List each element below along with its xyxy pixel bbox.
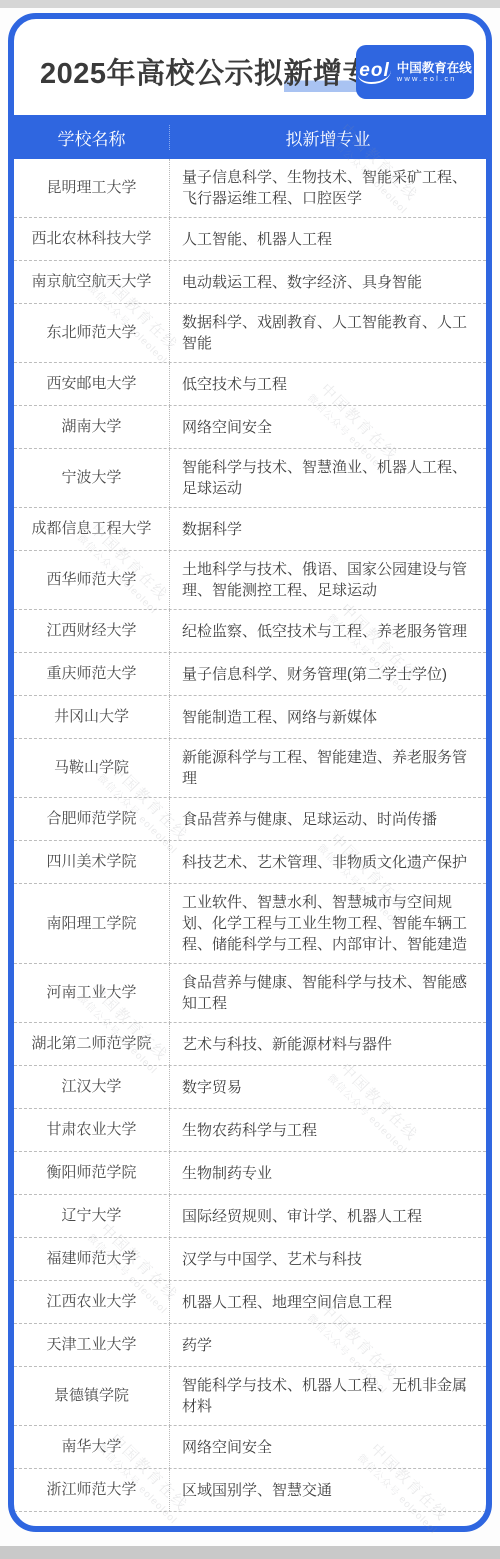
majors-text: 电动载运工程、数字经济、具身智能 <box>170 261 486 303</box>
table-row: 江西财经大学 纪检监察、低空技术与工程、养老服务管理 <box>14 610 486 653</box>
majors-text: 土地科学与技术、俄语、国家公园建设与管理、智能测控工程、足球运动 <box>170 551 486 609</box>
majors-text: 智能科学与技术、机器人工程、无机非金属材料 <box>170 1367 486 1425</box>
majors-table: 学校名称 拟新增专业 昆明理工大学 量子信息科学、生物技术、智能采矿工程、飞行器… <box>14 115 486 1512</box>
school-name: 南京航空航天大学 <box>14 261 170 303</box>
school-name: 辽宁大学 <box>14 1195 170 1237</box>
brand-logo-text: 中国教育在线 www.eol.cn <box>397 61 472 84</box>
majors-text: 纪检监察、低空技术与工程、养老服务管理 <box>170 610 486 652</box>
majors-text: 量子信息科学、财务管理(第二学士学位) <box>170 653 486 695</box>
school-name: 南华大学 <box>14 1426 170 1468</box>
majors-text: 生物制药专业 <box>170 1152 486 1194</box>
infographic-page: { "header": { "title_plain": "2025年高校公示拟… <box>0 0 500 1559</box>
school-name: 西华师范大学 <box>14 551 170 609</box>
table-row: 福建师范大学 汉学与中国学、艺术与科技 <box>14 1238 486 1281</box>
table-row: 西安邮电大学 低空技术与工程 <box>14 363 486 406</box>
school-name: 东北师范大学 <box>14 304 170 362</box>
table-row: 浙江师范大学 区域国别学、智慧交通 <box>14 1469 486 1512</box>
table-row: 湖南大学 网络空间安全 <box>14 406 486 449</box>
majors-text: 智能制造工程、网络与新媒体 <box>170 696 486 738</box>
majors-text: 新能源科学与工程、智能建造、养老服务管理 <box>170 739 486 797</box>
table-row: 衡阳师范学院 生物制药专业 <box>14 1152 486 1195</box>
page-bottom-strip <box>0 1546 500 1559</box>
table-row: 重庆师范大学 量子信息科学、财务管理(第二学士学位) <box>14 653 486 696</box>
poster-header: 2025年高校公示拟新增专业 eol 中国教育在线 www.eol.cn <box>14 19 486 115</box>
majors-text: 生物农药科学与工程 <box>170 1109 486 1151</box>
majors-text: 食品营养与健康、足球运动、时尚传播 <box>170 798 486 840</box>
majors-text: 国际经贸规则、审计学、机器人工程 <box>170 1195 486 1237</box>
table-row: 井冈山大学 智能制造工程、网络与新媒体 <box>14 696 486 739</box>
majors-text: 数据科学 <box>170 508 486 550</box>
table-row: 景德镇学院 智能科学与技术、机器人工程、无机非金属材料 <box>14 1367 486 1426</box>
majors-text: 区域国别学、智慧交通 <box>170 1469 486 1511</box>
table-row: 南华大学 网络空间安全 <box>14 1426 486 1469</box>
school-name: 江西财经大学 <box>14 610 170 652</box>
majors-text: 网络空间安全 <box>170 406 486 448</box>
school-name: 马鞍山学院 <box>14 739 170 797</box>
table-row: 天津工业大学 药学 <box>14 1324 486 1367</box>
majors-text: 食品营养与健康、智能科学与技术、智能感知工程 <box>170 964 486 1022</box>
source-note: 信息来源：各高校教务处官网 <box>14 1512 486 1532</box>
table-row: 合肥师范学院 食品营养与健康、足球运动、时尚传播 <box>14 798 486 841</box>
table-row: 南阳理工学院 工业软件、智慧水利、智慧城市与空间规划、化学工程与工业生物工程、智… <box>14 884 486 964</box>
table-row: 江汉大学 数字贸易 <box>14 1066 486 1109</box>
table-row: 甘肃农业大学 生物农药科学与工程 <box>14 1109 486 1152</box>
school-name: 井冈山大学 <box>14 696 170 738</box>
school-name: 重庆师范大学 <box>14 653 170 695</box>
school-name: 江汉大学 <box>14 1066 170 1108</box>
table-row: 马鞍山学院 新能源科学与工程、智能建造、养老服务管理 <box>14 739 486 798</box>
school-name: 昆明理工大学 <box>14 159 170 217</box>
majors-text: 机器人工程、地理空间信息工程 <box>170 1281 486 1323</box>
table-row: 江西农业大学 机器人工程、地理空间信息工程 <box>14 1281 486 1324</box>
school-name: 景德镇学院 <box>14 1367 170 1425</box>
table-row: 昆明理工大学 量子信息科学、生物技术、智能采矿工程、飞行器运维工程、口腔医学 <box>14 159 486 218</box>
table-body: 昆明理工大学 量子信息科学、生物技术、智能采矿工程、飞行器运维工程、口腔医学 西… <box>14 159 486 1512</box>
table-row: 西北农林科技大学 人工智能、机器人工程 <box>14 218 486 261</box>
table-row: 辽宁大学 国际经贸规则、审计学、机器人工程 <box>14 1195 486 1238</box>
school-name: 成都信息工程大学 <box>14 508 170 550</box>
majors-text: 数据科学、戏剧教育、人工智能教育、人工智能 <box>170 304 486 362</box>
brand-url: www.eol.cn <box>397 75 457 84</box>
column-header-school: 学校名称 <box>14 125 170 150</box>
table-row: 河南工业大学 食品营养与健康、智能科学与技术、智能感知工程 <box>14 964 486 1023</box>
majors-text: 工业软件、智慧水利、智慧城市与空间规划、化学工程与工业生物工程、智能车辆工程、储… <box>170 884 486 963</box>
majors-text: 科技艺术、艺术管理、非物质文化遗产保护 <box>170 841 486 883</box>
majors-text: 低空技术与工程 <box>170 363 486 405</box>
table-row: 宁波大学 智能科学与技术、智慧渔业、机器人工程、足球运动 <box>14 449 486 508</box>
majors-text: 药学 <box>170 1324 486 1366</box>
school-name: 南阳理工学院 <box>14 884 170 963</box>
school-name: 西安邮电大学 <box>14 363 170 405</box>
school-name: 西北农林科技大学 <box>14 218 170 260</box>
table-row: 四川美术学院 科技艺术、艺术管理、非物质文化遗产保护 <box>14 841 486 884</box>
table-row: 南京航空航天大学 电动载运工程、数字经济、具身智能 <box>14 261 486 304</box>
school-name: 河南工业大学 <box>14 964 170 1022</box>
eol-logo-icon: eol <box>358 61 390 84</box>
table-row: 成都信息工程大学 数据科学 <box>14 508 486 551</box>
school-name: 四川美术学院 <box>14 841 170 883</box>
majors-text: 网络空间安全 <box>170 1426 486 1468</box>
school-name: 湖北第二师范学院 <box>14 1023 170 1065</box>
school-name: 福建师范大学 <box>14 1238 170 1280</box>
table-row: 西华师范大学 土地科学与技术、俄语、国家公园建设与管理、智能测控工程、足球运动 <box>14 551 486 610</box>
school-name: 宁波大学 <box>14 449 170 507</box>
table-row: 东北师范大学 数据科学、戏剧教育、人工智能教育、人工智能 <box>14 304 486 363</box>
poster-card: 2025年高校公示拟新增专业 eol 中国教育在线 www.eol.cn 学校名… <box>8 13 492 1532</box>
school-name: 湖南大学 <box>14 406 170 448</box>
school-name: 天津工业大学 <box>14 1324 170 1366</box>
school-name: 浙江师范大学 <box>14 1469 170 1511</box>
brand-logo: eol 中国教育在线 www.eol.cn <box>356 45 474 99</box>
majors-text: 艺术与科技、新能源材料与器件 <box>170 1023 486 1065</box>
table-row: 湖北第二师范学院 艺术与科技、新能源材料与器件 <box>14 1023 486 1066</box>
majors-text: 智能科学与技术、智慧渔业、机器人工程、足球运动 <box>170 449 486 507</box>
page-top-strip <box>0 0 500 8</box>
column-header-majors: 拟新增专业 <box>170 125 486 150</box>
table-header-row: 学校名称 拟新增专业 <box>14 115 486 159</box>
school-name: 甘肃农业大学 <box>14 1109 170 1151</box>
majors-text: 量子信息科学、生物技术、智能采矿工程、飞行器运维工程、口腔医学 <box>170 159 486 217</box>
brand-name: 中国教育在线 <box>397 61 472 75</box>
majors-text: 人工智能、机器人工程 <box>170 218 486 260</box>
page-title-plain: 2025年高校公示拟 <box>40 58 284 90</box>
majors-text: 数字贸易 <box>170 1066 486 1108</box>
majors-text: 汉学与中国学、艺术与科技 <box>170 1238 486 1280</box>
school-name: 江西农业大学 <box>14 1281 170 1323</box>
school-name: 衡阳师范学院 <box>14 1152 170 1194</box>
school-name: 合肥师范学院 <box>14 798 170 840</box>
